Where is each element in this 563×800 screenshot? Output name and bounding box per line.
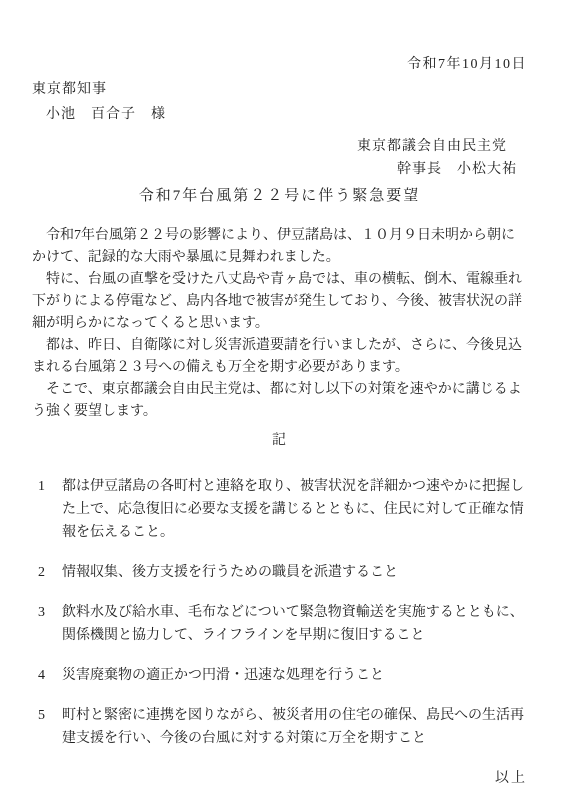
- item-number: 1: [38, 475, 45, 498]
- item-number: 2: [38, 561, 45, 584]
- item-text: 情報収集、後方支援を行うための職員を派遣すること: [62, 565, 398, 580]
- item-number: 4: [38, 664, 45, 687]
- closing-marker: 以上: [32, 767, 527, 790]
- item-text: 飲料水及び給水車、毛布などについて緊急物資輸送を実施するとともに、関係機関と協力…: [62, 605, 524, 643]
- paragraph: 特に、台風の直撃を受けた八丈島や青ヶ島では、車の横転、倒木、電線垂れ下がりによる…: [32, 269, 527, 335]
- sender-block: 東京都議会自由民主党 幹事長 小松大祐: [32, 135, 527, 181]
- sender-organization: 東京都議会自由民主党: [32, 135, 527, 158]
- item-text: 都は伊豆諸島の各町村と連絡を取り、被害状況を詳細かつ速やかに把握した上で、応急復…: [62, 479, 524, 540]
- list-item: 3 飲料水及び給水車、毛布などについて緊急物資輸送を実施するとともに、関係機関と…: [32, 601, 527, 647]
- list-item: 1 都は伊豆諸島の各町村と連絡を取り、被害状況を詳細かつ速やかに把握した上で、応…: [32, 475, 527, 544]
- sender-signer: 幹事長 小松大祐: [32, 158, 527, 181]
- body-paragraphs: 令和7年台風第２２号の影響により、伊豆諸島は、１０月９日未明から朝にかけて、記録…: [32, 225, 527, 423]
- item-text: 災害廃棄物の適正かつ円滑・迅速な処理を行うこと: [62, 668, 384, 683]
- recipient-name: 小池 百合子 様: [32, 103, 527, 126]
- paragraph: 都は、昨日、自衛隊に対し災害派遣要請を行いましたが、さらに、今後見込まれる台風第…: [32, 335, 527, 379]
- list-item: 2 情報収集、後方支援を行うための職員を派遣すること: [32, 561, 527, 584]
- list-item: 4 災害廃棄物の適正かつ円滑・迅速な処理を行うこと: [32, 664, 527, 687]
- item-number: 3: [38, 601, 45, 624]
- paragraph: そこで、東京都議会自由民主党は、都に対し以下の対策を速やかに講じるよう強く要望し…: [32, 379, 527, 423]
- list-item: 5 町村と緊密に連携を図りながら、被災者用の住宅の確保、島民への生活再建支援を行…: [32, 704, 527, 750]
- paragraph: 令和7年台風第２２号の影響により、伊豆諸島は、１０月９日未明から朝にかけて、記録…: [32, 225, 527, 269]
- recipient-title: 東京都知事: [32, 78, 527, 101]
- record-marker: 記: [32, 430, 527, 452]
- item-number: 5: [38, 704, 45, 727]
- document-date: 令和7年10月10日: [32, 53, 527, 76]
- item-text: 町村と緊密に連携を図りながら、被災者用の住宅の確保、島民への生活再建支援を行い、…: [62, 708, 524, 746]
- document-page: 令和7年10月10日 東京都知事 小池 百合子 様 東京都議会自由民主党 幹事長…: [0, 0, 563, 800]
- request-items: 1 都は伊豆諸島の各町村と連絡を取り、被害状況を詳細かつ速やかに把握した上で、応…: [32, 475, 527, 750]
- document-title: 令和7年台風第２２号に伴う緊急要望: [32, 183, 527, 209]
